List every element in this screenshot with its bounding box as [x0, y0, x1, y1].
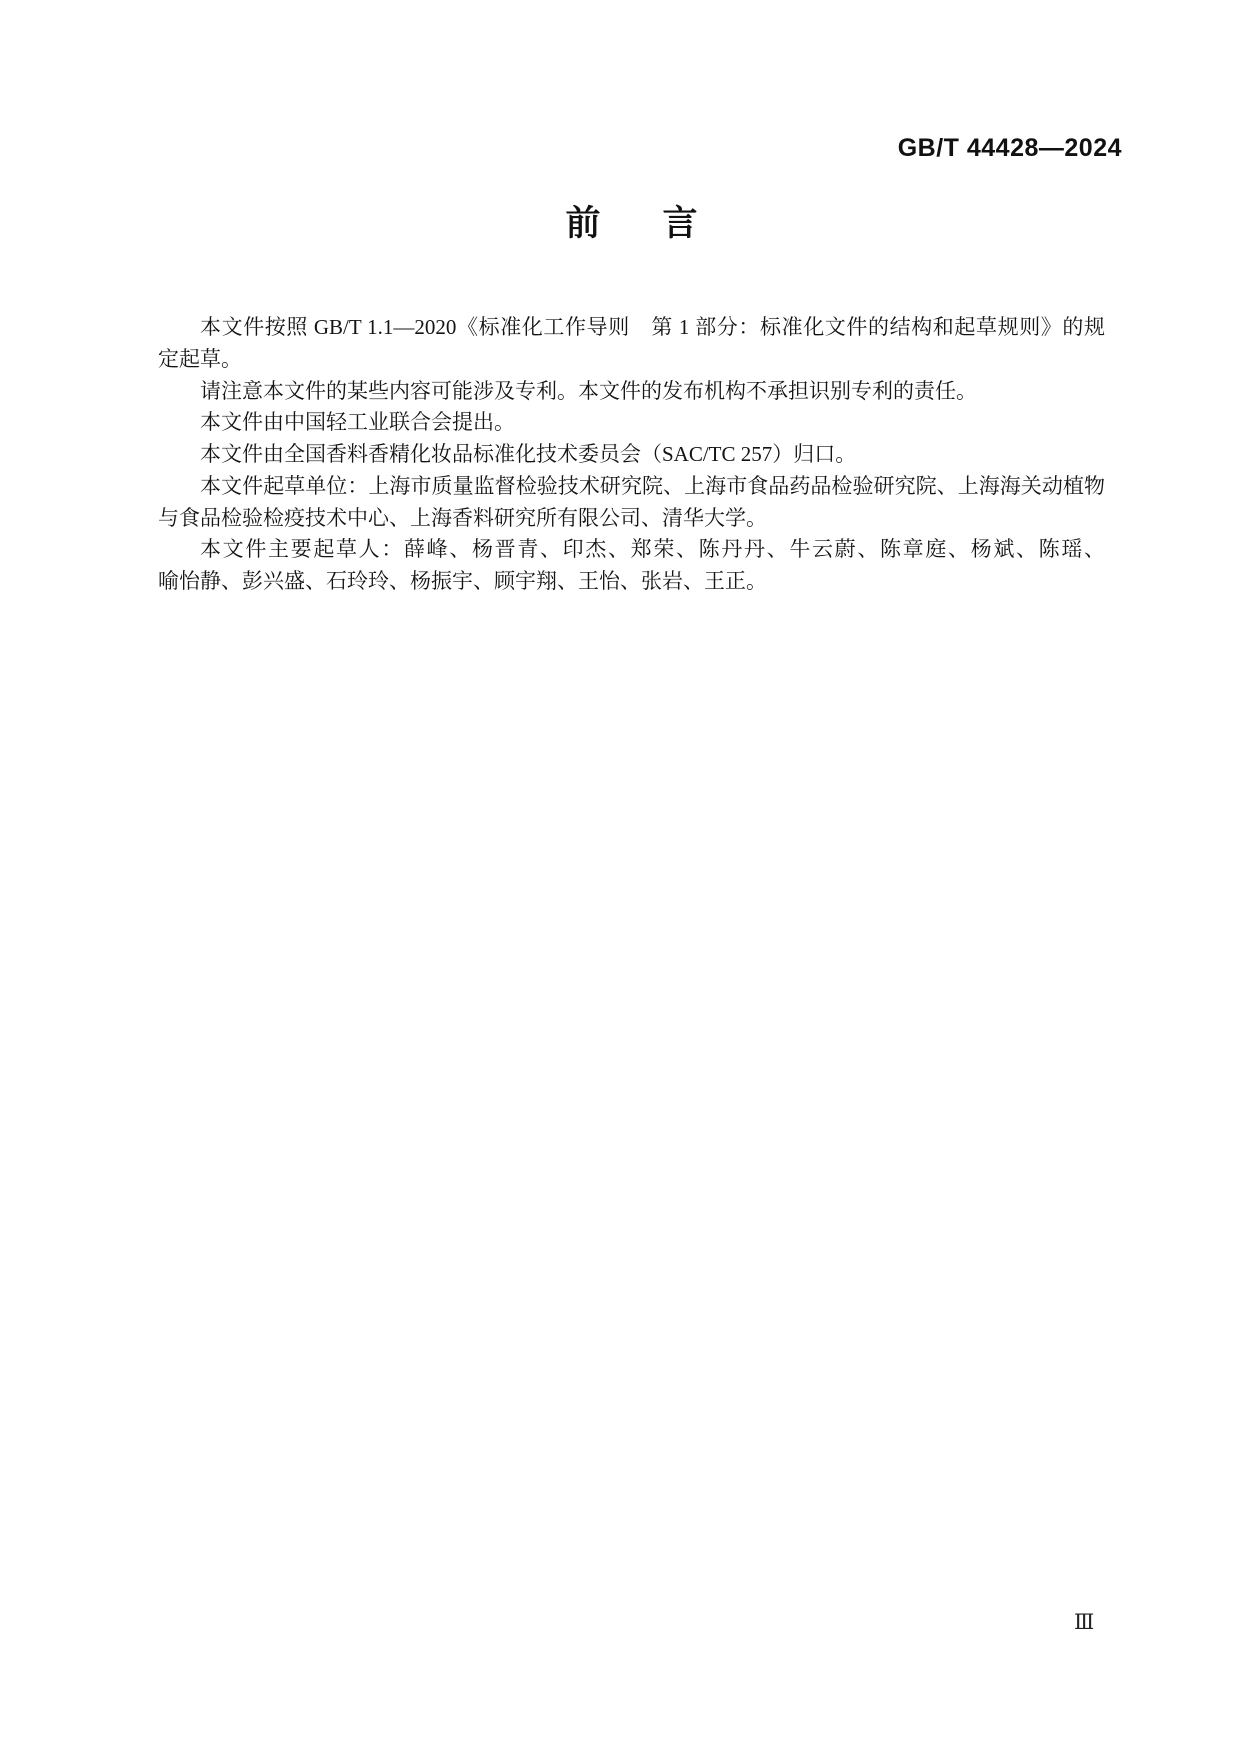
standard-code: GB/T 44428—2024 — [898, 134, 1122, 163]
title-char-2: 言 — [663, 204, 698, 243]
document-page: GB/T 44428—2024 前言 本文件按照 GB/T 1.1—2020《标… — [0, 0, 1240, 1753]
foreword-line: 请注意本文件的某些内容可能涉及专利。本文件的发布机构不承担识别专利的责任。 — [158, 376, 1105, 408]
foreword-line: 本文件由中国轻工业联合会提出。 — [158, 407, 1105, 439]
foreword-line: 本文件由全国香料香精化妆品标准化技术委员会（SAC/TC 257）归口。 — [158, 439, 1105, 471]
foreword-body: 本文件按照 GB/T 1.1—2020《标准化工作导则 第 1 部分：标准化文件… — [158, 312, 1105, 598]
foreword-line: 本文件主要起草人：薛峰、杨晋青、印杰、郑荣、陈丹丹、牛云蔚、陈章庭、杨斌、陈瑶、 — [158, 534, 1105, 566]
title-char-1: 前 — [565, 204, 600, 243]
foreword-line: 与食品检验检疫技术中心、上海香料研究所有限公司、清华大学。 — [158, 503, 1105, 535]
foreword-line: 定起草。 — [158, 344, 1105, 376]
foreword-line: 本文件起草单位：上海市质量监督检验技术研究院、上海市食品药品检验研究院、上海海关… — [158, 471, 1105, 503]
page-title: 前言 — [158, 196, 1105, 246]
foreword-line: 喻怡静、彭兴盛、石玲玲、杨振宇、顾宇翔、王怡、张岩、王正。 — [158, 566, 1105, 598]
foreword-line: 本文件按照 GB/T 1.1—2020《标准化工作导则 第 1 部分：标准化文件… — [158, 312, 1105, 344]
page-number: Ⅲ — [1074, 1610, 1094, 1635]
